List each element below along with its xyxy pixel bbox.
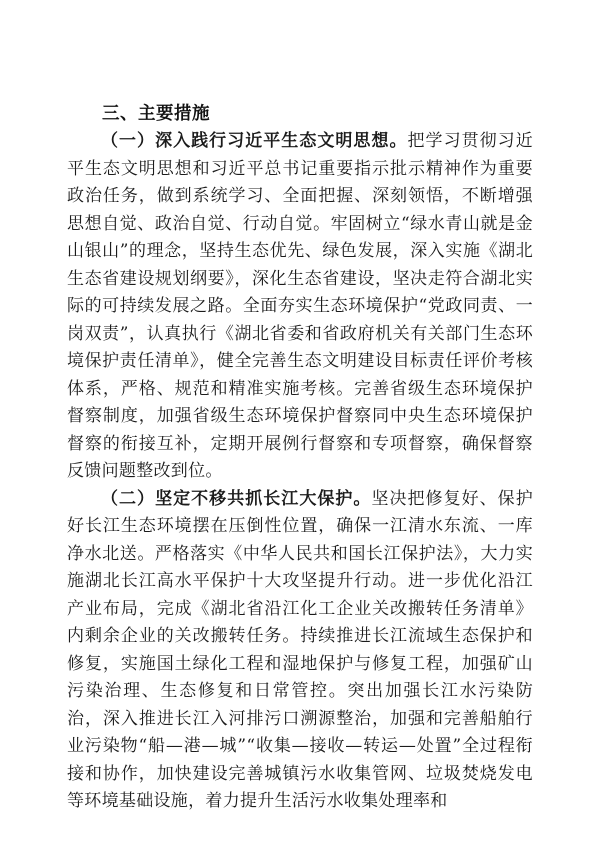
paragraph-1-lead: （一）深入践行习近平生态文明思想。 xyxy=(101,131,408,151)
paragraph-1-body: 把学习贯彻习近平生态文明思想和习近平总书记重要指示批示精神作为重要政治任务，做到… xyxy=(67,131,533,481)
paragraph-2-lead: （二）坚定不移共抓长江大保护。 xyxy=(101,489,371,509)
document-page: 三、主要措施 （一）深入践行习近平生态文明思想。把学习贯彻习近平生态文明思想和习… xyxy=(0,0,600,848)
document-content: 三、主要措施 （一）深入践行习近平生态文明思想。把学习贯彻习近平生态文明思想和习… xyxy=(67,100,533,816)
paragraph-2-body: 坚决把修复好、保护好长江生态环境摆在压倒性位置，确保一江清水东流、一库净水北送。… xyxy=(67,489,533,812)
paragraph-measure-2: （二）坚定不移共抓长江大保护。坚决把修复好、保护好长江生态环境摆在压倒性位置，确… xyxy=(67,486,533,816)
paragraph-measure-1: （一）深入践行习近平生态文明思想。把学习贯彻习近平生态文明思想和习近平总书记重要… xyxy=(67,128,533,486)
section-heading: 三、主要措施 xyxy=(67,100,533,128)
